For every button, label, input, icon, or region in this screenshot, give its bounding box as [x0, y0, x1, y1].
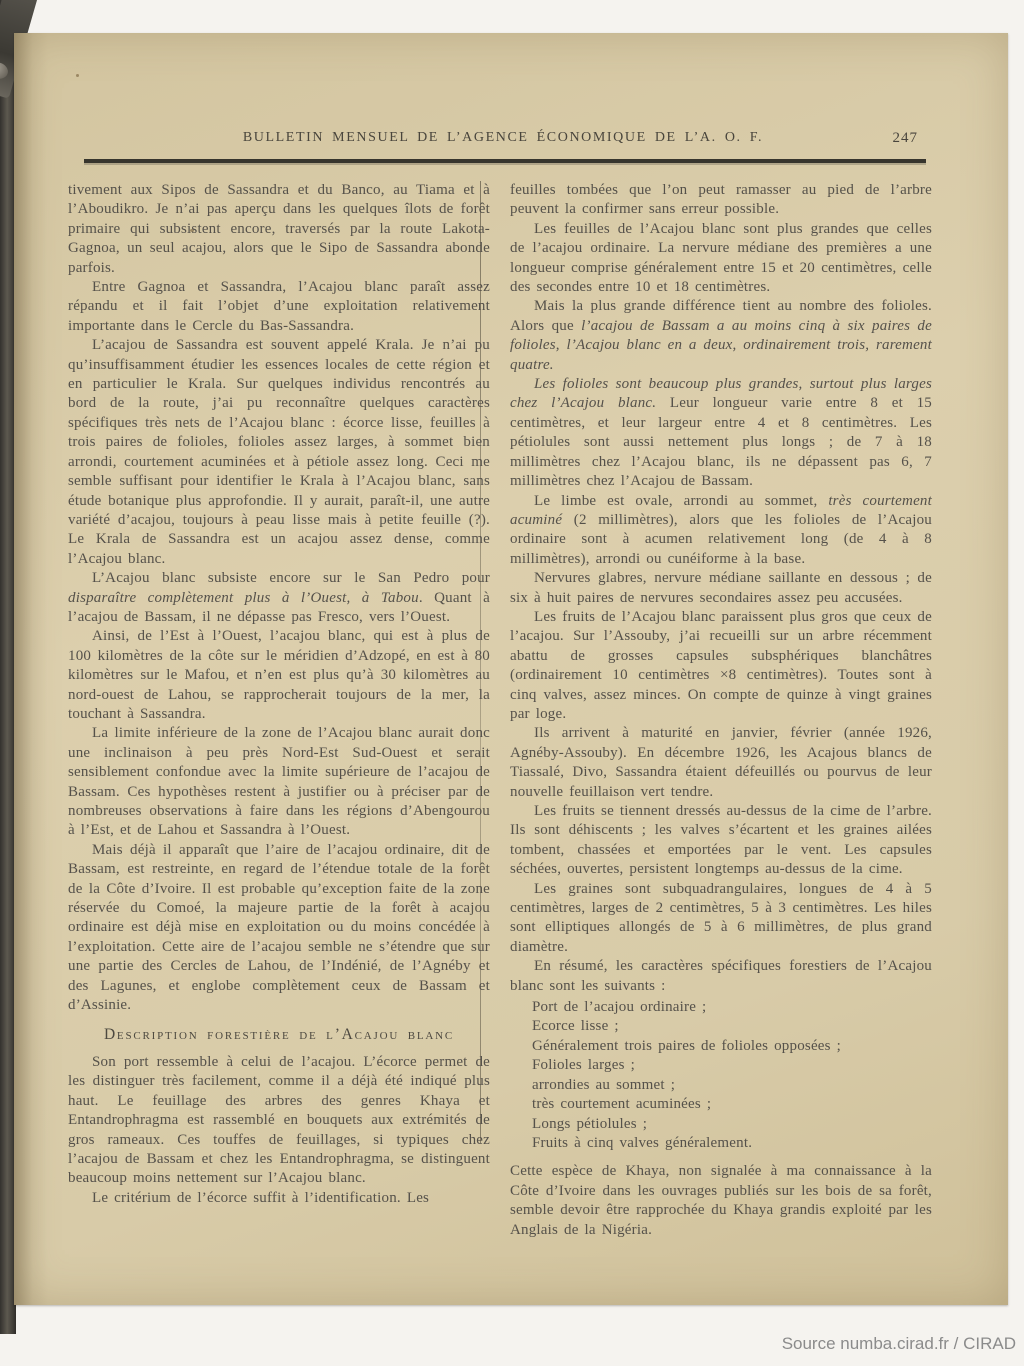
- list-item: très courtement acuminées ;: [532, 1095, 932, 1114]
- body-text: La limite inférieure de la zone de l’Aca…: [68, 725, 490, 838]
- paragraph: feuilles tombées que l’on peut ramasser …: [510, 181, 932, 220]
- page-header: BULLETIN MENSUEL DE L’AGENCE ÉCONOMIQUE …: [84, 130, 922, 150]
- paragraph: Le critérium de l’écorce suffit à l’iden…: [68, 1189, 490, 1208]
- paragraph: Les graines sont subquadrangulaires, lon…: [510, 880, 932, 958]
- paragraph: Les feuilles de l’Acajou blanc sont plus…: [510, 220, 932, 298]
- paragraph: Entre Gagnoa et Sassandra, l’Acajou blan…: [68, 278, 490, 336]
- body-text: Cette espèce de Khaya, non signalée à ma…: [510, 1163, 932, 1237]
- list-item: Fruits à cinq valves généralement.: [532, 1134, 932, 1153]
- characteristics-list: Port de l’acajou ordinaire ;Ecorce lisse…: [510, 998, 932, 1153]
- body-text: Ils arrivent à maturité en janvier, févr…: [510, 725, 932, 799]
- paper-speck: [76, 74, 79, 77]
- paragraph: Nervures glabres, nervure médiane sailla…: [510, 569, 932, 608]
- list-item: Port de l’acajou ordinaire ;: [532, 998, 932, 1017]
- paragraph: Le limbe est ovale, arrondi au sommet, t…: [510, 492, 932, 570]
- list-item: Folioles larges ;: [532, 1056, 932, 1075]
- page-number: 247: [893, 130, 919, 147]
- paragraph: Mais déjà il apparaît que l’aire de l’ac…: [68, 841, 490, 1016]
- body-text: Mais déjà il apparaît que l’aire de l’ac…: [68, 842, 490, 1013]
- page: BULLETIN MENSUEL DE L’AGENCE ÉCONOMIQUE …: [14, 33, 1008, 1305]
- section-heading: Description forestière de l’Acajou blanc: [68, 1025, 490, 1044]
- paragraph: Les fruits de l’Acajou blanc paraissent …: [510, 608, 932, 724]
- body-text: feuilles tombées que l’on peut ramasser …: [510, 182, 932, 217]
- body-text: L’Acajou blanc subsiste encore sur le Sa…: [92, 570, 490, 586]
- paragraph: L’acajou de Sassandra est souvent appelé…: [68, 336, 490, 569]
- italic-text: disparaître complètement plus à l’Ouest,…: [68, 590, 419, 606]
- header-rule: [84, 159, 926, 163]
- running-title: BULLETIN MENSUEL DE L’AGENCE ÉCONOMIQUE …: [84, 130, 922, 146]
- source-credit: Source numba.cirad.fr / CIRAD: [782, 1334, 1016, 1354]
- body-text: Ainsi, de l’Est à l’Ouest, l’acajou blan…: [68, 628, 490, 722]
- list-item: Ecorce lisse ;: [532, 1017, 932, 1036]
- body-text: Les graines sont subquadrangulaires, lon…: [510, 881, 932, 955]
- paragraph: L’Acajou blanc subsiste encore sur le Sa…: [68, 569, 490, 627]
- body-text: En résumé, les caractères spécifiques fo…: [510, 958, 932, 993]
- right-column: feuilles tombées que l’on peut ramasser …: [510, 181, 932, 1240]
- list-item: arrondies au sommet ;: [532, 1076, 932, 1095]
- body-text: Nervures glabres, nervure médiane sailla…: [510, 570, 932, 605]
- paragraph: Les fruits se tiennent dressés au-dessus…: [510, 802, 932, 880]
- body-text: Entre Gagnoa et Sassandra, l’Acajou blan…: [68, 279, 490, 334]
- paragraph: Ils arrivent à maturité en janvier, févr…: [510, 724, 932, 802]
- body-text: (2 millimètres), alors que les folioles …: [510, 512, 932, 567]
- body-text: Le critérium de l’écorce suffit à l’iden…: [92, 1190, 429, 1206]
- list-item: Généralement trois paires de folioles op…: [532, 1037, 932, 1056]
- paragraph: Cette espèce de Khaya, non signalée à ma…: [510, 1162, 932, 1240]
- body-text: Les fruits de l’Acajou blanc paraissent …: [510, 609, 932, 722]
- text-columns: tivement aux Sipos de Sassandra et du Ba…: [68, 181, 932, 1240]
- body-text: Les fruits se tiennent dressés au-dessus…: [510, 803, 932, 877]
- paragraph: Les folioles sont beaucoup plus grandes,…: [510, 375, 932, 491]
- paragraph: tivement aux Sipos de Sassandra et du Ba…: [68, 181, 490, 278]
- paragraph: La limite inférieure de la zone de l’Aca…: [68, 724, 490, 840]
- paragraph: Son port ressemble à celui de l’acajou. …: [68, 1053, 490, 1189]
- body-text: Les feuilles de l’Acajou blanc sont plus…: [510, 221, 932, 295]
- paragraph: Ainsi, de l’Est à l’Ouest, l’acajou blan…: [68, 627, 490, 724]
- list-item: Longs pétiolules ;: [532, 1115, 932, 1134]
- body-text: tivement aux Sipos de Sassandra et du Ba…: [68, 182, 490, 276]
- paragraph: En résumé, les caractères spécifiques fo…: [510, 957, 932, 996]
- body-text: L’acajou de Sassandra est souvent appelé…: [68, 337, 490, 566]
- left-column: tivement aux Sipos de Sassandra et du Ba…: [68, 181, 490, 1240]
- paragraph: Mais la plus grande différence tient au …: [510, 297, 932, 375]
- body-text: Le limbe est ovale, arrondi au sommet,: [534, 493, 828, 509]
- body-text: Son port ressemble à celui de l’acajou. …: [68, 1054, 490, 1186]
